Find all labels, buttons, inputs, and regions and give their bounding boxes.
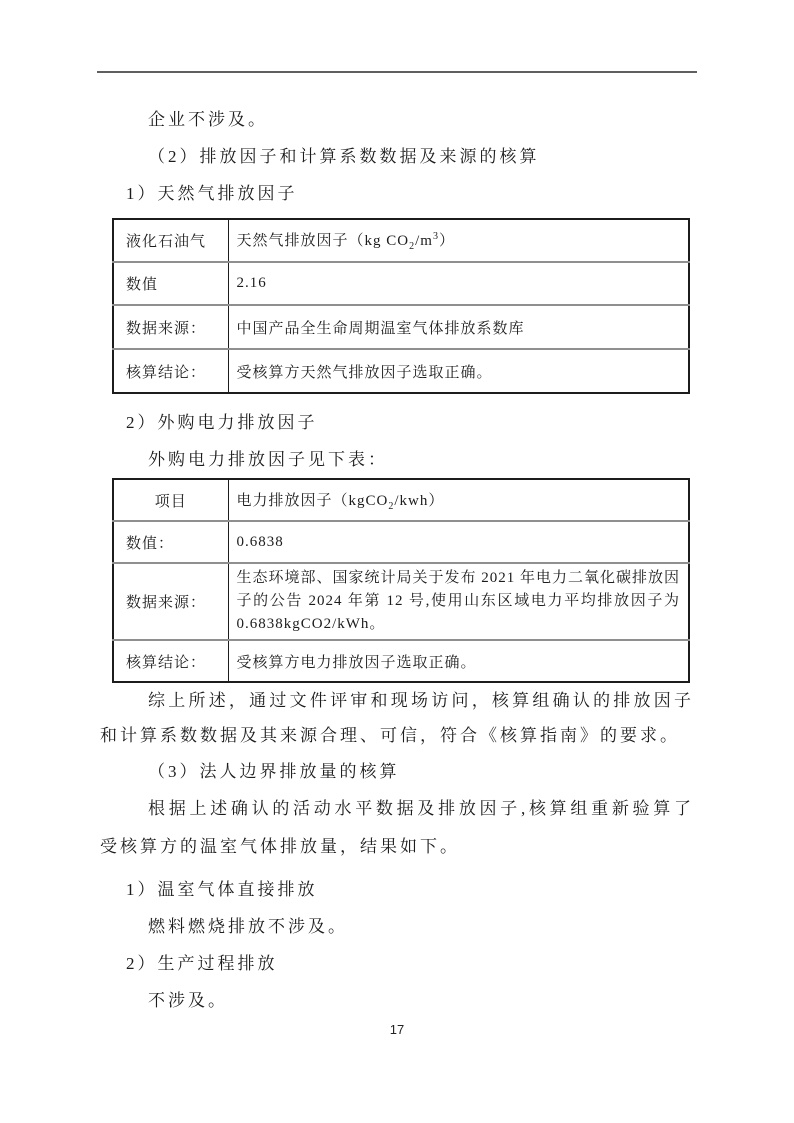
row-label: 项目	[113, 479, 228, 521]
heading-electricity-factor: 2）外购电力排放因子	[100, 404, 694, 441]
natural-gas-factor-table: 液化石油气 天然气排放因子（kg CO2/m3） 数值 2.16 数据来源： 中…	[112, 218, 690, 394]
heading-section-2: （2）排放因子和计算系数数据及来源的核算	[100, 138, 694, 175]
paragraph-summary: 综上所述，通过文件评审和现场访问，核算组确认的排放因子和计算系数数据及其来源合理…	[100, 683, 694, 753]
row-label: 核算结论：	[113, 349, 228, 393]
row-value: 0.6838	[228, 521, 689, 563]
gas-factor-title: 天然气排放因子（kg CO	[237, 233, 410, 249]
paragraph-fuel-not-involved: 燃料燃烧排放不涉及。	[100, 908, 694, 945]
row-value: 受核算方天然气排放因子选取正确。	[228, 349, 689, 393]
gas-factor-title-end: ）	[439, 233, 455, 249]
table-row: 数值 2.16	[113, 262, 689, 305]
row-value: 2.16	[228, 262, 689, 305]
row-label: 液化石油气	[113, 219, 228, 262]
paragraph-enterprise-not-involved: 企业不涉及。	[100, 101, 694, 138]
row-label: 数据来源：	[113, 305, 228, 349]
electricity-factor-title: 电力排放因子（kgCO	[237, 493, 389, 509]
table-row: 项目 电力排放因子（kgCO2/kwh）	[113, 479, 689, 521]
row-value: 天然气排放因子（kg CO2/m3）	[228, 219, 689, 262]
table-row: 核算结论： 受核算方电力排放因子选取正确。	[113, 640, 689, 682]
row-value: 电力排放因子（kgCO2/kwh）	[228, 479, 689, 521]
row-label: 核算结论：	[113, 640, 228, 682]
document-page: 企业不涉及。 （2）排放因子和计算系数数据及来源的核算 1）天然气排放因子 液化…	[0, 0, 794, 1123]
electricity-factor-table: 项目 电力排放因子（kgCO2/kwh） 数值： 0.6838 数据来源： 生态…	[112, 478, 690, 683]
table-row: 数值： 0.6838	[113, 521, 689, 563]
row-value: 中国产品全生命周期温室气体排放系数库	[228, 305, 689, 349]
paragraph-electricity-intro: 外购电力排放因子见下表：	[100, 441, 694, 478]
heading-direct-emissions: 1）温室气体直接排放	[100, 871, 694, 908]
heading-section-3: （3）法人边界排放量的核算	[100, 753, 694, 790]
row-value: 生态环境部、国家统计局关于发布 2021 年电力二氧化碳排放因子的公告 2024…	[228, 563, 689, 640]
paragraph-not-involved: 不涉及。	[100, 982, 694, 1019]
row-label: 数值：	[113, 521, 228, 563]
table-row: 液化石油气 天然气排放因子（kg CO2/m3）	[113, 219, 689, 262]
table-row: 核算结论： 受核算方天然气排放因子选取正确。	[113, 349, 689, 393]
document-body: 企业不涉及。 （2）排放因子和计算系数数据及来源的核算 1）天然气排放因子 液化…	[100, 0, 694, 1019]
gas-factor-unit-mid: /m	[415, 233, 433, 249]
electricity-factor-title-end: /kwh）	[394, 493, 444, 509]
table-row: 数据来源： 生态环境部、国家统计局关于发布 2021 年电力二氧化碳排放因子的公…	[113, 563, 689, 640]
row-value: 受核算方电力排放因子选取正确。	[228, 640, 689, 682]
heading-process-emissions: 2）生产过程排放	[100, 945, 694, 982]
heading-natural-gas-factor: 1）天然气排放因子	[100, 175, 694, 212]
paragraph-recalculation: 根据上述确认的活动水平数据及排放因子,核算组重新验算了受核算方的温室气体排放量，…	[100, 790, 694, 866]
row-label: 数值	[113, 262, 228, 305]
table-row: 数据来源： 中国产品全生命周期温室气体排放系数库	[113, 305, 689, 349]
row-label: 数据来源：	[113, 563, 228, 640]
page-number: 17	[0, 1022, 794, 1037]
